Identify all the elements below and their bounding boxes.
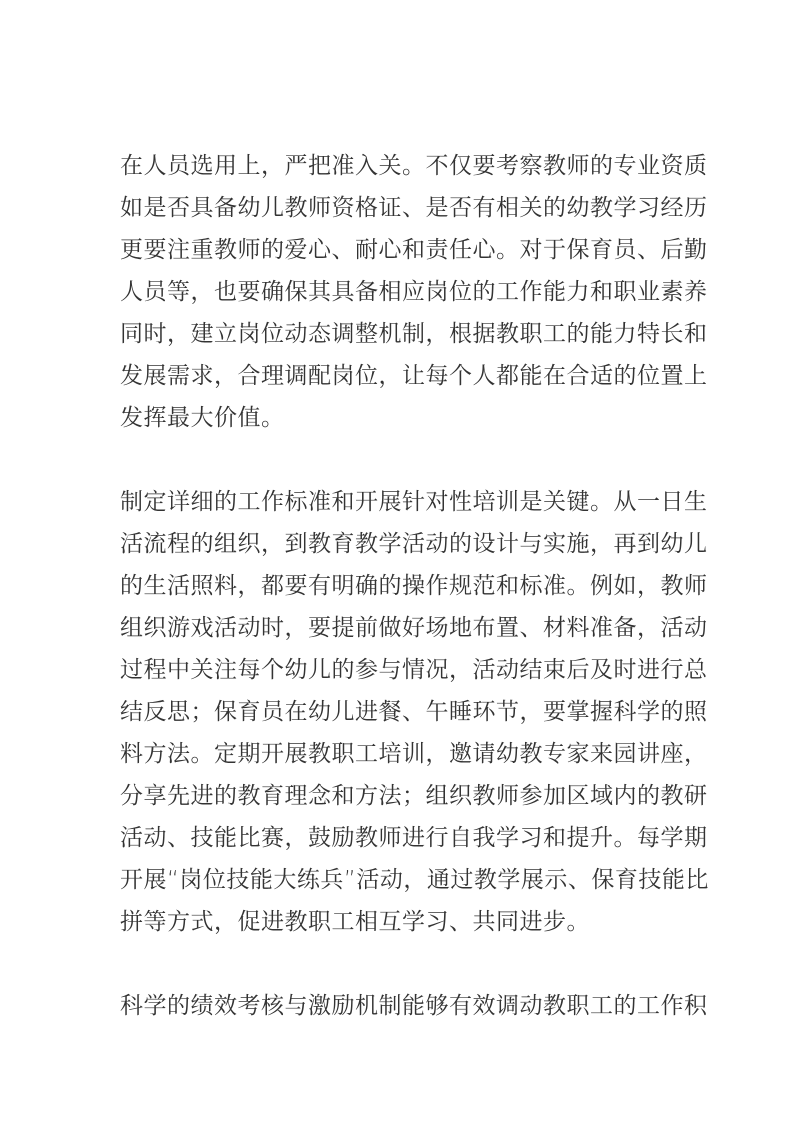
paragraph-staff-selection: 在人员选用上，严把准入关。不仅要考察教师的专业资质 如是否具备幼儿教师资格证、是… [120, 145, 673, 439]
paragraph-work-standards-training: 制定详细的工作标准和开展针对性培训是关键。从一日生 活流程的组织，到教育教学活动… [120, 481, 673, 943]
paragraph-performance-incentive: 科学的绩效考核与激励机制能够有效调动教职工的工作积 [120, 985, 673, 1027]
document-page: 在人员选用上，严把准入关。不仅要考察教师的专业资质 如是否具备幼儿教师资格证、是… [0, 0, 793, 1122]
article-body: 在人员选用上，严把准入关。不仅要考察教师的专业资质 如是否具备幼儿教师资格证、是… [120, 145, 673, 1027]
